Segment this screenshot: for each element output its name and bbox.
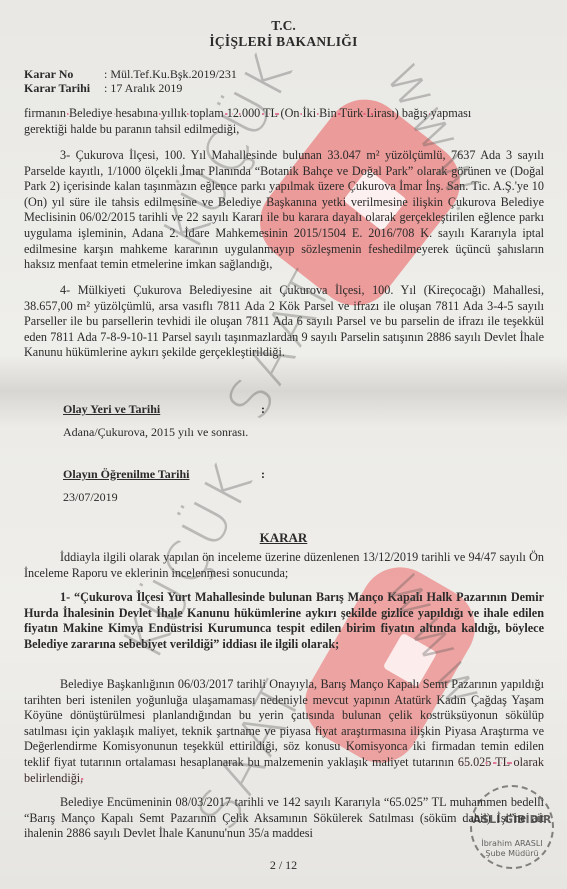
olay-yeri-label: Olay Yeri ve Tarihi: bbox=[63, 402, 160, 417]
karar-no-label: Karar No bbox=[24, 67, 104, 81]
ogrenilme-tarihi-value: 23/07/2019 bbox=[63, 490, 118, 505]
karar-no-value: : Mül.Tef.Ku.Bşk.2019/231 bbox=[104, 67, 237, 81]
header-tc: T.C. bbox=[0, 18, 567, 34]
karar-tarihi-label: Karar Tarihi bbox=[24, 81, 104, 95]
official-stamp: ASLI GİBİDİR İbrahim ARASLI Şube Müdürü bbox=[470, 785, 554, 869]
karar-no: Karar No: Mül.Tef.Ku.Bşk.2019/231 bbox=[24, 67, 237, 81]
stamp-name: İbrahim ARASLI bbox=[472, 839, 552, 848]
stamp-title: Şube Müdürü bbox=[472, 849, 552, 858]
ogrenilme-tarihi-label: Olayın Öğrenilme Tarihi: bbox=[63, 467, 189, 482]
page-number: 2 / 12 bbox=[0, 858, 567, 873]
karar-paragraph-4: Belediye Encümeninin 08/03/2017 tarihli … bbox=[24, 795, 544, 842]
header-ministry: İÇİŞLERİ BAKANLIĞI bbox=[0, 34, 567, 50]
karar-paragraph-1: İddiayla ilgili olarak yapılan ön incele… bbox=[24, 550, 544, 581]
document-page: T.C. İÇİŞLERİ BAKANLIĞI Karar No: Mül.Te… bbox=[0, 0, 567, 889]
olay-yeri-value: Adana/Çukurova, 2015 yılı ve sonrası. bbox=[63, 425, 248, 440]
karar-title: KARAR bbox=[0, 530, 567, 546]
karar-tarihi: Karar Tarihi: 17 Aralık 2019 bbox=[24, 81, 182, 95]
stamp-certified: ASLI GİBİDİR bbox=[472, 813, 552, 826]
karar-tarihi-value: : 17 Aralık 2019 bbox=[104, 81, 182, 95]
